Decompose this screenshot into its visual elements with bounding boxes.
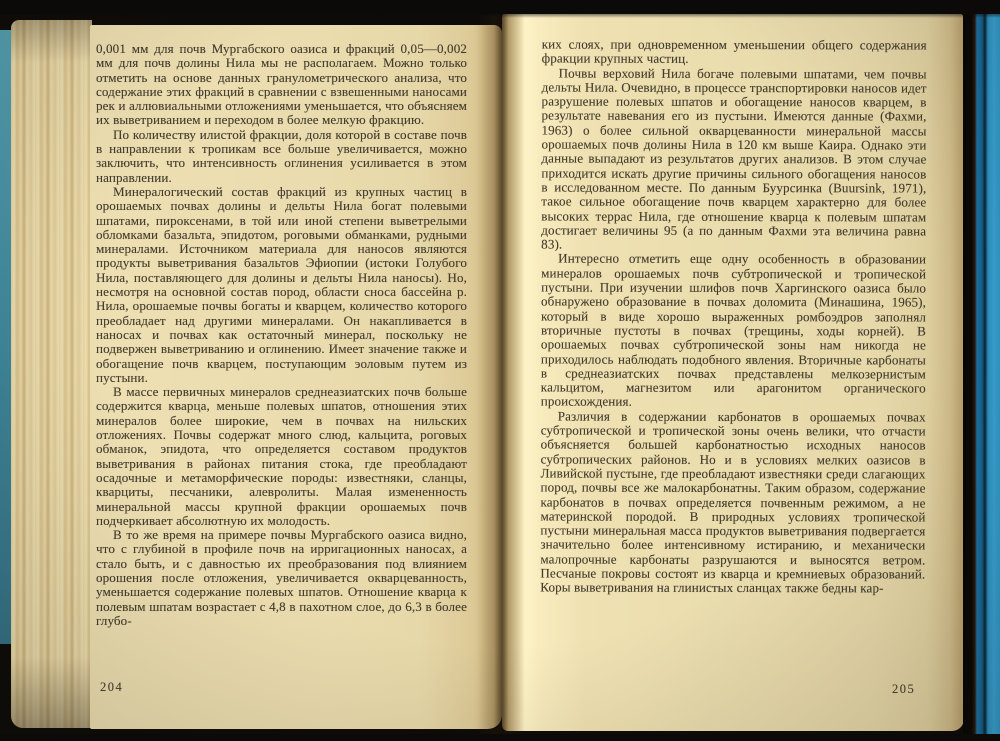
paragraph: По количеству илистой фракции, доля кото… xyxy=(96,128,467,185)
book-photo: 0,001 мм для почв Мургабского оазиса и ф… xyxy=(0,0,1000,741)
page-205-text-block: ких слоях, при одновременном уменьшении … xyxy=(540,37,926,596)
paragraph: В массе первичных минералов среднеазиатс… xyxy=(96,385,467,528)
paragraph: ких слоях, при одновременном уменьшении … xyxy=(542,37,927,67)
paragraph: Различия в содержании карбонатов в ороша… xyxy=(540,409,925,596)
book-cover-right xyxy=(963,0,1000,741)
paragraph: Интересно отметить еще одну особенность … xyxy=(541,252,926,410)
left-page-stack-edges xyxy=(11,20,92,728)
page-number-204: 204 xyxy=(100,680,123,695)
photo-top-edge xyxy=(0,0,1000,14)
photo-bottom-edge xyxy=(0,734,1000,741)
page-204-text-block: 0,001 мм для почв Мургабского оазиса и ф… xyxy=(96,42,467,628)
paragraph: В то же время на примере почвы Мургабско… xyxy=(96,528,467,628)
page-number-205: 205 xyxy=(892,682,915,697)
paragraph: Минералогический состав фракций из крупн… xyxy=(96,185,467,385)
paragraph: 0,001 мм для почв Мургабского оазиса и ф… xyxy=(96,42,467,128)
paragraph: Почвы верховий Нила богаче полевыми шпат… xyxy=(541,66,926,253)
